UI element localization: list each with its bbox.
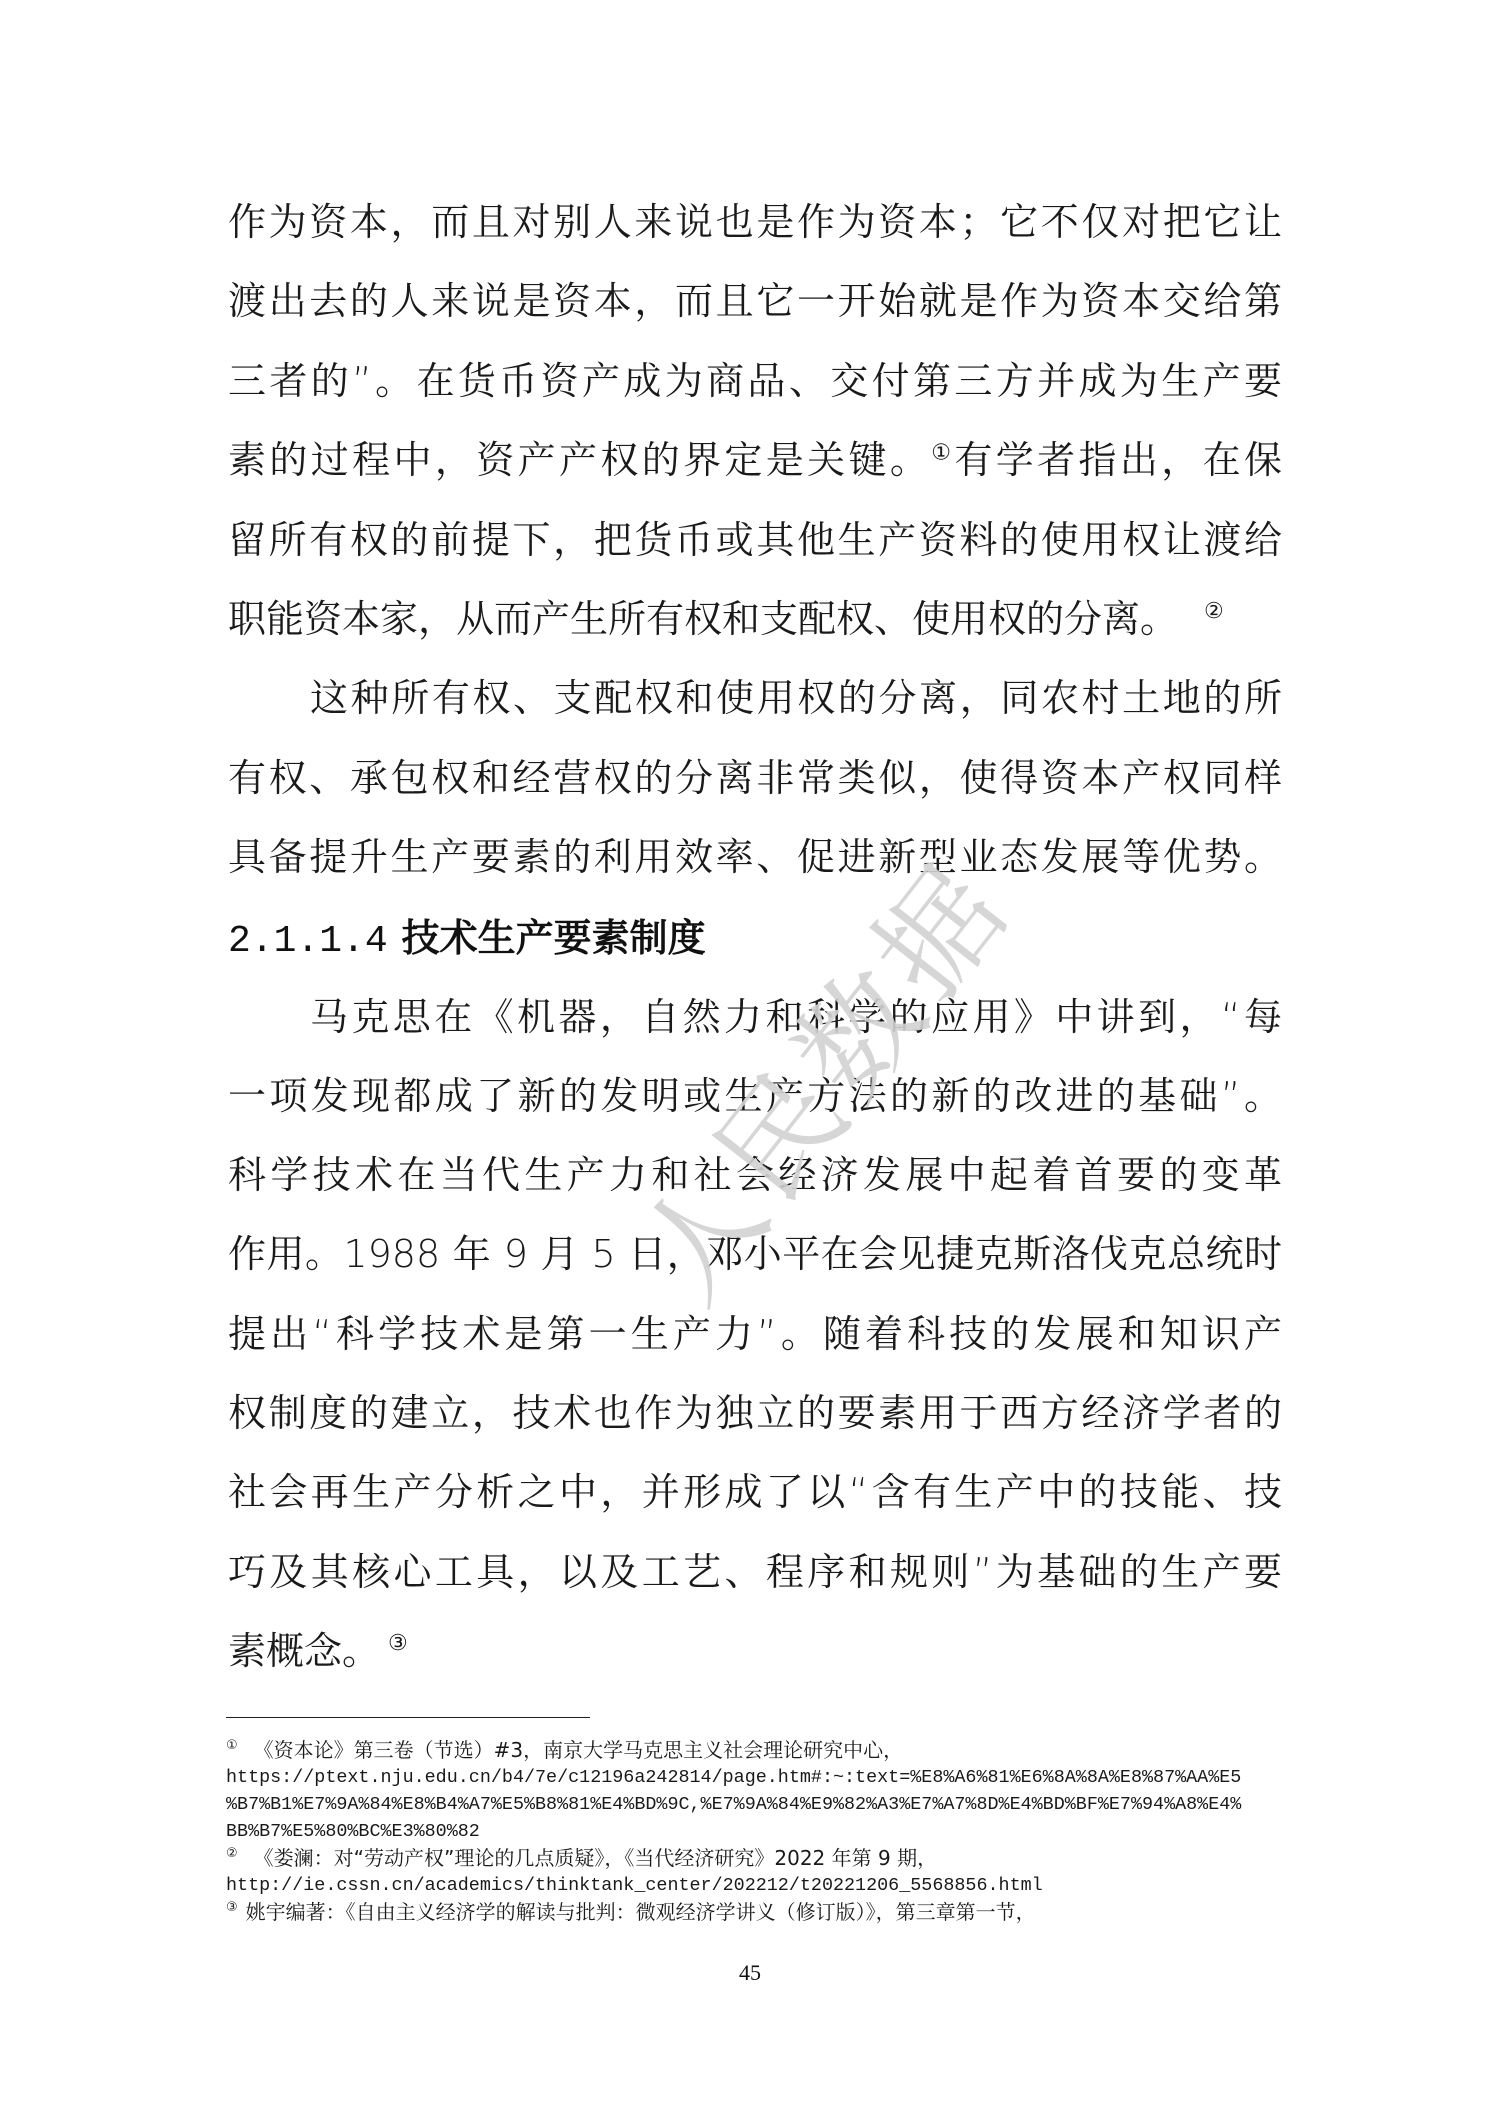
body-line: 巧及其核心工具，以及工艺、程序和规则”为基础的生产要 bbox=[228, 1550, 1282, 1594]
body-line: 作为资本，而且对别人来说也是作为资本；它不仅对把它让 bbox=[228, 200, 1282, 244]
footnote-separator bbox=[226, 1717, 590, 1718]
body-line: 留所有权的前提下，把货币或其他生产资料的使用权让渡给 bbox=[228, 518, 1282, 562]
body-line-with-footnote: 素概念。③ bbox=[228, 1629, 1282, 1673]
document-page: 作为资本，而且对别人来说也是作为资本；它不仅对把它让 渡出去的人来说是资本，而且… bbox=[0, 0, 1500, 2121]
footnote-mark: ② bbox=[226, 1846, 238, 1861]
body-line: 具备提升生产要素的利用效率、促进新型业态发展等优势。 bbox=[228, 835, 1282, 879]
body-line: 一项发现都成了新的发明或生产方法的新的改进的基础”。 bbox=[228, 1074, 1282, 1118]
body-line-with-footnote: 职能资本家，从而产生所有权和支配权、使用权的分离。② bbox=[228, 597, 1282, 641]
body-line: 这种所有权、支配权和使用权的分离，同农村土地的所 bbox=[310, 676, 1282, 720]
body-text: 职能资本家，从而产生所有权和支配权、使用权的分离。 bbox=[228, 597, 1178, 641]
footnote-3: ③姚宇编著：《自由主义经济学的解读与批判：微观经济学讲义（修订版）》，第三章第一… bbox=[226, 1899, 1286, 1926]
body-line: 三者的”。在货币资产成为商品、交付第三方并成为生产要 bbox=[228, 359, 1282, 403]
body-line: 马克思在《机器，自然力和科学的应用》中讲到，“每 bbox=[310, 995, 1282, 1039]
footnote-url[interactable]: BB%B7%E5%80%BC%E3%80%82 bbox=[226, 1818, 1286, 1845]
section-title: 技术生产要素制度 bbox=[402, 916, 706, 960]
footnote-mark: ③ bbox=[226, 1900, 238, 1915]
footnote-1: ①《资本论》第三卷（节选）#3，南京大学马克思主义社会理论研究中心， bbox=[226, 1737, 1286, 1764]
body-line: 社会再生产分析之中，并形成了以“含有生产中的技能、技 bbox=[228, 1470, 1282, 1514]
body-line: 提出“科学技术是第一生产力”。随着科技的发展和知识产 bbox=[228, 1312, 1282, 1356]
footnote-ref-3[interactable]: ③ bbox=[388, 1631, 408, 1656]
footnote-2: ②《娄澜：对“劳动产权”理论的几点质疑》，《当代经济研究》2022 年第 9 期… bbox=[226, 1845, 1286, 1872]
footnote-mark: ① bbox=[226, 1738, 238, 1753]
footnote-url[interactable]: %B7%B1%E7%9A%84%E8%B4%A7%E5%B8%81%E4%BD%… bbox=[226, 1791, 1286, 1818]
body-line: 渡出去的人来说是资本，而且它一开始就是作为资本交给第 bbox=[228, 279, 1282, 323]
section-heading: 2.1.1.4技术生产要素制度 bbox=[228, 913, 706, 963]
body-line: 科学技术在当代生产力和社会经济发展中起着首要的变革 bbox=[228, 1153, 1282, 1197]
page-number: 45 bbox=[0, 1960, 1500, 1986]
footnote-url[interactable]: http://ie.cssn.cn/academics/thinktank_ce… bbox=[226, 1872, 1286, 1899]
body-line: 作用。1988 年 9 月 5 日，邓小平在会见捷克斯洛伐克总统时 bbox=[228, 1232, 1282, 1276]
footnote-text: 《娄澜：对“劳动产权”理论的几点质疑》，《当代经济研究》2022 年第 9 期， bbox=[254, 1846, 937, 1870]
footnote-ref-2[interactable]: ② bbox=[1204, 599, 1224, 624]
body-line-with-footnote: 素的过程中，资产产权的界定是关键。①有学者指出，在保 bbox=[228, 438, 1282, 482]
body-text: 素的过程中，资产产权的界定是关键。 bbox=[228, 438, 931, 482]
footnote-ref-1[interactable]: ① bbox=[931, 440, 954, 465]
body-line: 有权、承包权和经营权的分离非常类似，使得资本产权同样 bbox=[228, 756, 1282, 800]
footnote-text: 《资本论》第三卷（节选）#3，南京大学马克思主义社会理论研究中心， bbox=[254, 1738, 903, 1762]
body-text: 素概念。 bbox=[228, 1629, 380, 1673]
body-text: 有学者指出，在保 bbox=[954, 438, 1282, 482]
footnote-text: 姚宇编著：《自由主义经济学的解读与批判：微观经济学讲义（修订版）》，第三章第一节… bbox=[246, 1900, 1036, 1924]
section-number: 2.1.1.4 bbox=[228, 920, 388, 963]
body-line: 权制度的建立，技术也作为独立的要素用于西方经济学者的 bbox=[228, 1391, 1282, 1435]
footnote-url[interactable]: https://ptext.nju.edu.cn/b4/7e/c12196a24… bbox=[226, 1764, 1286, 1791]
